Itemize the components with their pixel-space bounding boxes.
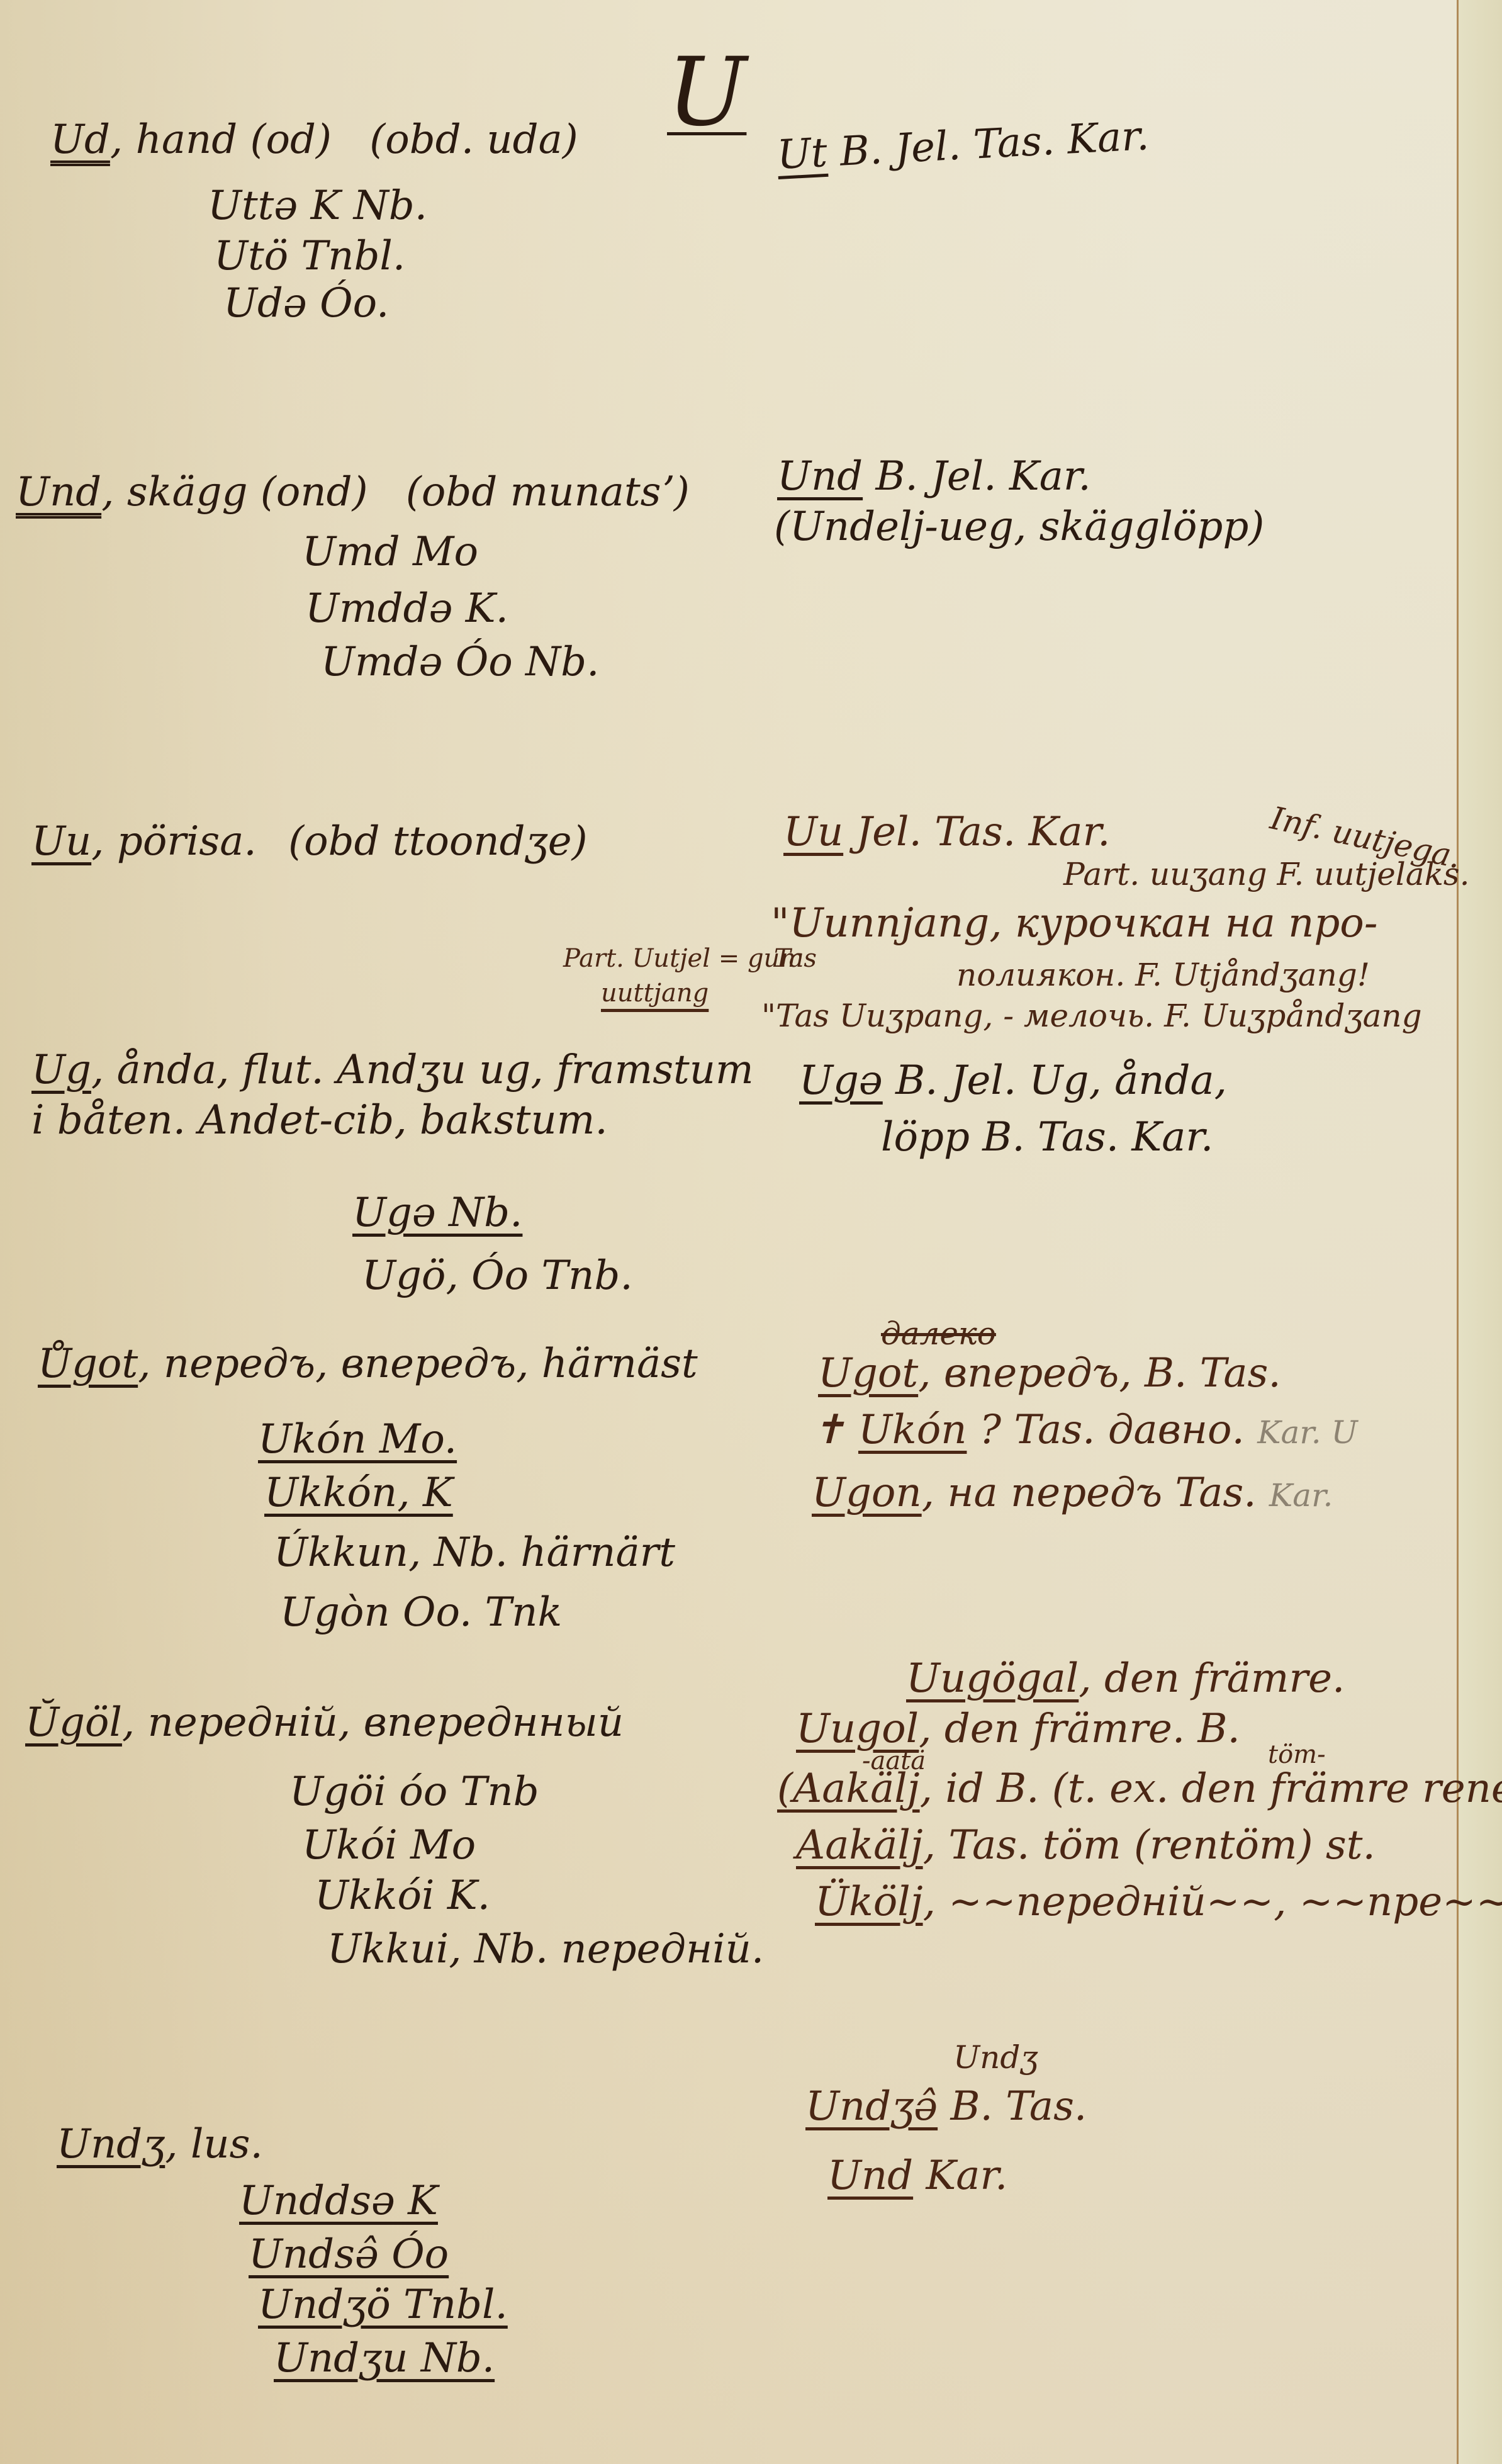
form: Umddə K.	[305, 585, 508, 632]
entry-right-ug: Ugə B. Jel. Ug, ånda,	[799, 1057, 1227, 1104]
entry-uu: Uu, pörisa. (obd ttoondʒe)	[31, 818, 588, 865]
entry-right-undz: Undʒə̂ B. Tas.	[805, 2083, 1087, 2130]
superscript-undz: Undʒ	[953, 2039, 1038, 2076]
entry-right-uugogal: Uugögal, den främre.	[906, 1655, 1345, 1702]
entry-ug: Ug, ånda, flut. Andʒu ug, framstum i båt…	[31, 1045, 755, 1145]
entry-right-ukon: ✝ Ukón ? Tas. давно. Kar. U	[812, 1407, 1358, 1453]
marginal-dialect: Tas	[774, 944, 817, 973]
form: Ukói Mo	[302, 1822, 476, 1869]
part-note: Part. uuʒang F. uutjelaks.	[1063, 856, 1469, 892]
form: Umdə Óo Nb.	[321, 639, 599, 685]
page-edge	[1457, 0, 1502, 2464]
entry-right-aakalj-tas: Aakälj, Tas. töm (rentöm) st.	[796, 1822, 1376, 1869]
form: Undʒu Nb.	[274, 2335, 495, 2382]
marginal-note: Part. Uutjel = gum	[563, 944, 804, 973]
form: Utö Tnbl.	[214, 233, 405, 279]
form: Ukkui, Nb. передній.	[327, 1926, 764, 1972]
entry-ugot: Ůgot, передъ, впередъ, härnäst	[38, 1341, 698, 1387]
uuzpang-line: "Tas Uuʒpang, - мелочь. F. Uuʒpåndʒang	[761, 998, 1422, 1034]
entry-ugol: Ŭgöl, передній, впереднный	[25, 1699, 624, 1746]
entry-undz: Undʒ, lus.	[57, 2121, 263, 2168]
entry-ud: Ud, hand (od) (obd. uda)	[50, 116, 578, 163]
form: Udə Óo.	[223, 280, 389, 327]
entry-right-und-kar: Und Kar.	[827, 2152, 1007, 2199]
form: Ukkón, K	[264, 1470, 453, 1516]
form: Ukkói K.	[315, 1872, 490, 1919]
entry-right-uu: Uu Jel. Tas. Kar.	[783, 809, 1110, 855]
entry-right-aakalj: (Aakälj, id B. (t. ex. den främre rene)	[777, 1765, 1502, 1812]
entry-right-ug-sub: löpp B. Tas. Kar.	[881, 1114, 1213, 1161]
uunnjang-line2: полиякон. F. Utjåndʒang!	[956, 957, 1370, 993]
entry-right-ukolj: Ükölj, ~~передній~~, ~~пре~~давнишній	[815, 1879, 1502, 1925]
entry-right-und: Und B. Jel. Kar.	[777, 453, 1091, 500]
form: Ugòn Oo. Tnk	[280, 1589, 562, 1636]
struck-word: далеко	[881, 1315, 996, 1352]
entry-und: Und, skägg (ond) (obd munatsʼ)	[16, 469, 690, 515]
form: Umd Mo	[302, 529, 478, 575]
letter-heading: U	[667, 38, 746, 147]
form: Ukón Mo.	[258, 1416, 457, 1463]
entry-right-und-sub: (Undelj-ueg, skägglöpp)	[774, 503, 1264, 550]
form: Undsə̂ Óo	[249, 2231, 449, 2278]
marginal-note: uuttjang	[601, 979, 709, 1008]
manuscript-page	[0, 0, 1457, 2464]
form: Unddsə K	[239, 2178, 438, 2224]
entry-right-ugot: Ugot, впередъ, B. Tas.	[818, 1350, 1281, 1397]
entry-right-ugon: Ugon, на передъ Tas. Kar.	[812, 1470, 1333, 1516]
form: Undʒö Tnbl.	[258, 2281, 508, 2328]
uunnjang-line: "Uunnjang, курочкан на про-	[771, 900, 1377, 947]
form: Úkkun, Nb. härnärt	[274, 1529, 675, 1576]
form: Ugö, Óo Tnb.	[362, 1252, 633, 1299]
entry-right-uugol: Uugol, den främre. B.	[796, 1706, 1240, 1752]
form: Uttə K Nb.	[208, 183, 427, 229]
form: Ugöi óo Tnb	[289, 1769, 539, 1815]
form: Ugə Nb.	[352, 1190, 522, 1236]
